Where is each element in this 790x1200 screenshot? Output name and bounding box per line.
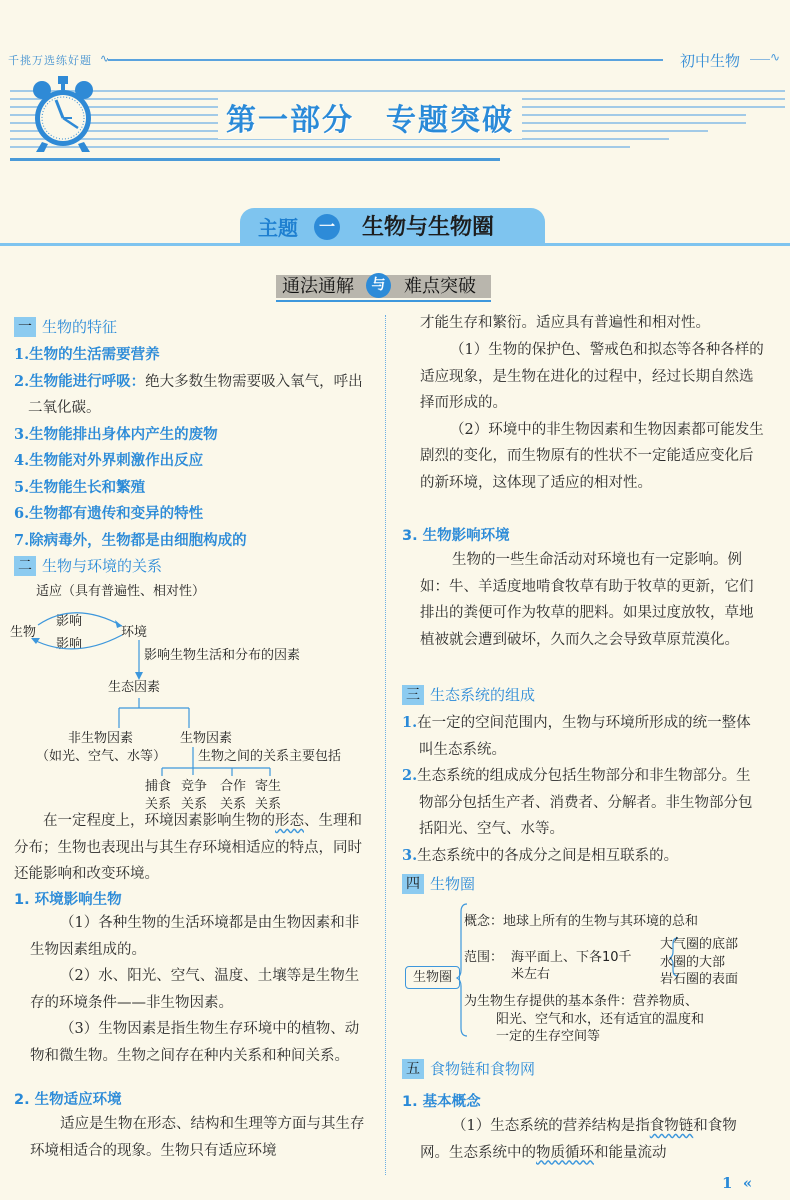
abiotic-examples: （如光、空气、水等） [36, 745, 166, 764]
section-heading-2: 二 生物与环境的关系 [14, 555, 162, 576]
biosphere-range-items: 大气圈的底部 水圈的大部 岩石圈的表面 [660, 936, 738, 989]
subbanner-and-badge: 与 [366, 273, 391, 298]
subbanner-rule [276, 300, 491, 302]
paragraph: （3）生物因素是指生物生存环境中的植物、动物和微生物。生物之间存在种内关系和种间… [30, 1016, 370, 1069]
banner-rule [10, 158, 500, 161]
paragraph: （1）各种生物的生活环境都是由生物因素和非生物因素组成的。 [30, 910, 370, 963]
subbanner-left: 通法通解 [282, 272, 354, 298]
column-divider [385, 315, 386, 1175]
abiotic-label: 非生物因素 [68, 727, 133, 746]
list-item: 1.生物的生活需要营养 [14, 342, 374, 369]
section-number-badge: 三 [402, 685, 424, 705]
subbanner-right: 难点突破 [404, 272, 476, 298]
paragraph: （2）水、阳光、空气、温度、土壤等是生物生存的环境条件——非生物因素。 [30, 963, 370, 1016]
adapt-examples: （1）生物的保护色、警戒色和拟态等各种各样的适应现象，是生物在进化的过程中，经过… [420, 337, 765, 496]
section-number-badge: 二 [14, 556, 36, 576]
section-title: 生物圈 [430, 873, 475, 894]
list-item: 3.生物能排出身体内产生的废物 [14, 422, 374, 449]
topic-title: 生物与生物圈 [362, 210, 494, 241]
feature-list: 1.生物的生活需要营养 2.生物能进行呼吸：绝大多数生物需要吸入氧气，呼出二氧化… [14, 342, 374, 554]
topic-number-badge: 一 [314, 214, 340, 240]
biosphere-root: 生物圈 [405, 966, 460, 989]
section-heading-4: 四 生物圈 [402, 873, 475, 894]
series-name: 千挑万选练好题 [8, 52, 92, 68]
section-title: 生物与环境的关系 [42, 555, 162, 576]
list-item: 2.生物能进行呼吸：绝大多数生物需要吸入氧气，呼出二氧化碳。 [14, 369, 374, 422]
paragraph: （2）环境中的非生物因素和生物因素都可能发生剧烈的变化，而生物原有的性状不一定能… [420, 417, 765, 497]
subject-label: 初中生物 [680, 50, 740, 71]
section-title: 生物的特征 [42, 316, 117, 337]
eco-factors-label: 生态因素 [108, 676, 160, 695]
section-number-badge: 一 [14, 317, 36, 337]
biosphere-conditions: 为生物生存提供的基本条件：营养物质、 阳光、空气和水，还有适宜的温度和 一定的生… [464, 993, 704, 1046]
biosphere-concept: 概念：地球上所有的生物与其环境的总和 [464, 910, 698, 929]
environment-diagram: 适应（具有普遍性、相对性） 影响 生物 影响 环境 影响生物生活和分布的因素 生… [0, 580, 385, 810]
section-title: 食物链和食物网 [430, 1058, 535, 1079]
page-number: 1 « [722, 1174, 752, 1192]
section-title: 生态系统的组成 [430, 684, 535, 705]
squiggle-decoration-right: ∿ [770, 50, 780, 64]
list-item: 6.生物都有遗传和变异的特性 [14, 501, 374, 528]
continued-paragraph: 才能生存和繁衍。适应具有普遍性和相对性。 [420, 310, 765, 337]
section-heading-3: 三 生态系统的组成 [402, 684, 535, 705]
intro-paragraph: 在一定程度上，环境因素影响生物的形态、生理和分布；生物也表现出与其生存环境相适应… [14, 808, 370, 888]
paragraph: （1）生物的保护色、警戒色和拟态等各种各样的适应现象，是生物在进化的过程中，经过… [420, 337, 765, 417]
part-title: 第一部分 专题突破 [218, 95, 522, 139]
header-rule [108, 59, 663, 61]
topic-label: 主题 [258, 212, 298, 241]
list-item: 4.生物能对外界刺激作出反应 [14, 448, 374, 475]
arrow-label: 影响生物生活和分布的因素 [144, 644, 300, 663]
organisms-affect-paragraph: 生物的一些生命活动对环境也有一定影响。例如：牛、羊适度地啃食牧草有助于牧草的更新… [420, 547, 765, 653]
ecosystem-list: 1.在一定的空间范围内，生物与环境所形成的统一整体叫生态系统。 2.生态系统的组… [402, 710, 762, 869]
page-mark-icon: « [743, 1174, 752, 1192]
env-affects-body: （1）各种生物的生活环境都是由生物因素和非生物因素组成的。 （2）水、阳光、空气… [30, 910, 370, 1069]
subheading-env-affects: 1. 环境影响生物 [14, 888, 122, 909]
list-item: 7.除病毒外，生物都是由细胞构成的 [14, 528, 374, 555]
biotic-relation-label: 生物之间的关系主要包括 [198, 745, 341, 764]
section-number-badge: 五 [402, 1059, 424, 1079]
header-rule-right [750, 59, 770, 60]
list-item: 1.在一定的空间范围内，生物与环境所形成的统一整体叫生态系统。 [402, 710, 762, 763]
list-item: 2.生态系统的组成成分包括生物部分和非生物部分。生物部分包括生产者、消费者、分解… [402, 763, 762, 843]
subheading-basic-concepts: 1. 基本概念 [402, 1090, 481, 1111]
biosphere-range-label: 范围： [464, 946, 503, 965]
arrows-icon [0, 580, 385, 810]
food-chain-paragraph: （1）生态系统的营养结构是指食物链和食物网。生态系统中的物质循环和能量流动 [420, 1113, 765, 1166]
biotic-label: 生物因素 [180, 727, 232, 746]
section-number-badge: 四 [402, 874, 424, 894]
alarm-clock-icon [28, 72, 98, 157]
section-heading-1: 一 生物的特征 [14, 316, 117, 337]
adapt-paragraph: 适应是生物在形态、结构和生理等方面与其生存环境相适合的现象。生物只有适应环境 [30, 1111, 370, 1164]
section-heading-5: 五 食物链和食物网 [402, 1058, 535, 1079]
biosphere-range-line2: 米左右 [511, 963, 550, 982]
subheading-organisms-affect: 3. 生物影响环境 [402, 524, 510, 545]
list-item: 3.生态系统中的各成分之间是相互联系的。 [402, 843, 762, 870]
subheading-adapt: 2. 生物适应环境 [14, 1088, 122, 1109]
list-item: 5.生物能生长和繁殖 [14, 475, 374, 502]
